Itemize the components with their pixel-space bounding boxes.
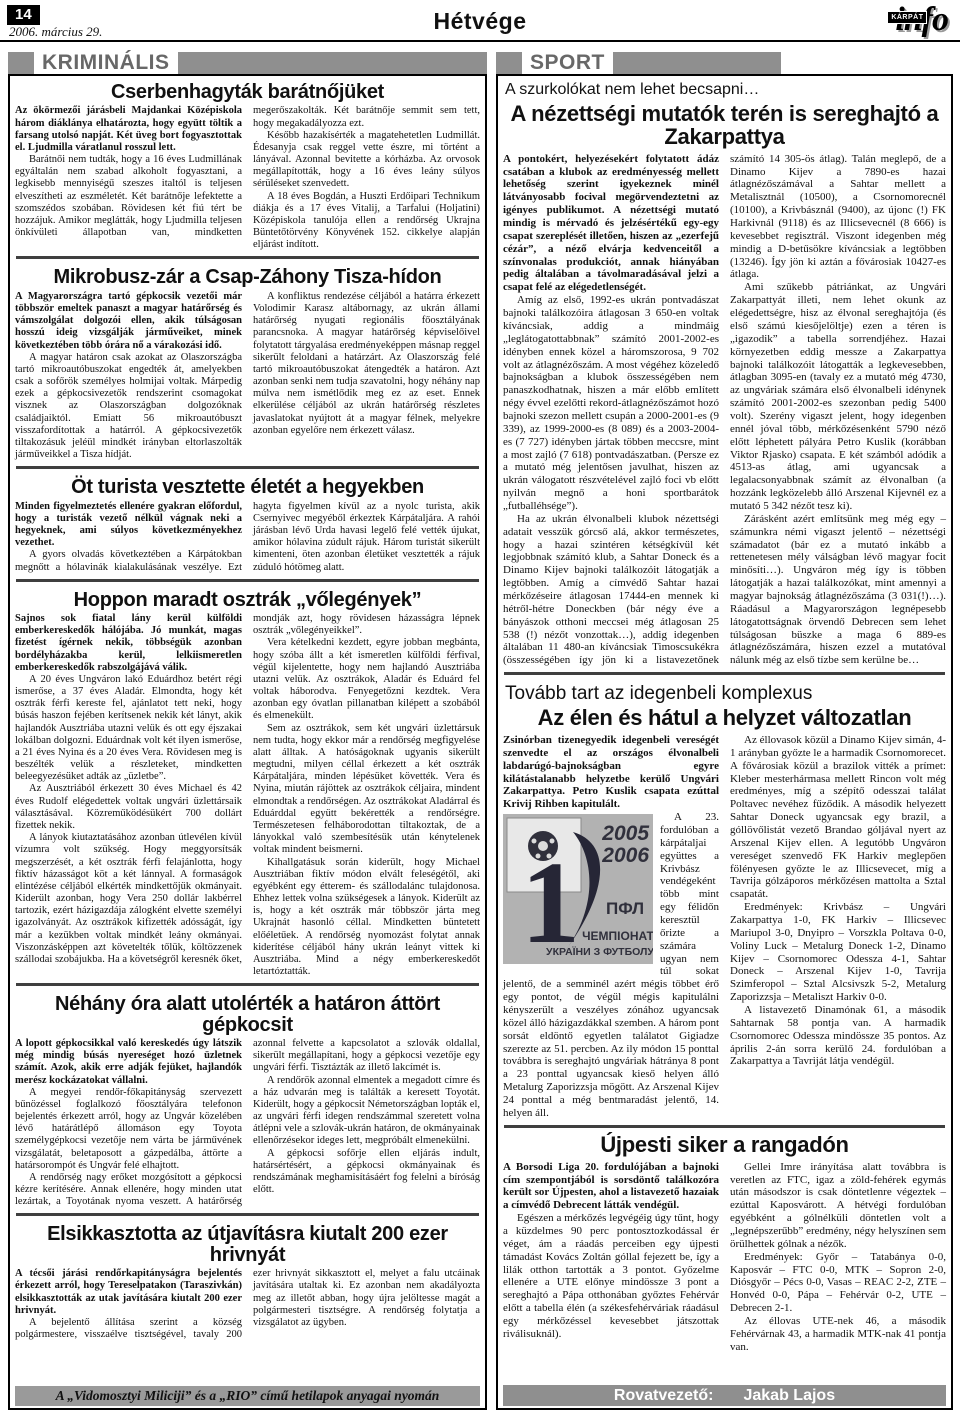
article-paragraph: Ami szűkebb pátriánkat, az Ungvári Zakar… xyxy=(730,281,946,512)
bar-fill xyxy=(178,52,488,74)
article-paragraph: Sem az osztrákok, sem két ungvári üzlett… xyxy=(253,723,480,857)
article-lead: Az ökörmezői járásbeli Majdankai Középis… xyxy=(15,105,242,154)
divider xyxy=(16,579,479,582)
kriminalis-section-label: KRIMINÁLIS xyxy=(34,52,178,74)
article-paragraph: Eredmények: Győr – Tatabánya 0-0, Kaposv… xyxy=(730,1251,946,1315)
article-title: Öt turista vesztette életét a hegyekben xyxy=(15,477,480,497)
kriminalis-source-note: A „Vidomosztyi Miliciji” és a „RIO” című… xyxy=(15,1386,480,1406)
article-title: Hoppon maradt osztrák „vőlegények” xyxy=(15,590,480,610)
article-lead: A lopott gépkocsikkal való kereskedés úg… xyxy=(15,1038,242,1087)
article-title: Mikrobusz-zár a Csap-Záhony Tisza-hídon xyxy=(15,267,480,287)
article-lead: A técsői járási rendőrkapitányságra beje… xyxy=(15,1268,242,1317)
logo-championship-line2: УКРАЇНИ З ФУТБОЛУ xyxy=(546,945,653,958)
logo-big-numeral: 1 xyxy=(521,837,580,964)
editor-label: Rovatvezető: xyxy=(614,1385,714,1406)
article-paragraph: A listavezető Dinamónak 61, a második Sa… xyxy=(730,1004,946,1068)
sport-editor-bar: Rovatvezető: Jakab Lajos xyxy=(503,1385,946,1406)
article-paragraph: Az éllovas UTE-nek 46, a második Fehérvá… xyxy=(730,1315,946,1354)
page-title: Hétvége xyxy=(0,8,960,34)
divider xyxy=(16,983,479,986)
article-body: A Borsodi Liga 20. fordulójában a bajnok… xyxy=(503,1161,946,1354)
article-column: Zsinórban tizenegyedik idegenbeli veresé… xyxy=(503,734,719,1120)
article-paragraph: Zárásként azért említsünk meg még egy – … xyxy=(730,513,946,667)
logo-year-2: 2006 xyxy=(601,844,649,867)
newspaper-page: 14 2006. március 29. Hétvége KÁRPÁT info… xyxy=(0,0,960,1420)
article-column: Gellei Imre irányítása alatt továbbra is… xyxy=(730,1161,946,1354)
article-overline: Tovább tart az idegenbeli komplexus xyxy=(505,683,944,705)
article-lead: Zsinórban tizenegyedik idegenbeli veresé… xyxy=(503,734,719,811)
article-title: Elsikkasztotta az útjavításra kiutalt 20… xyxy=(15,1224,480,1265)
article-paragraph: A megyei rendőr-főkapitányság szervezett… xyxy=(15,1087,242,1172)
bar-segment xyxy=(496,52,522,74)
sport-section-bar: SPORT xyxy=(496,52,953,74)
article-paragraph: Eredmények: Krivbász – Ungvári Zakarpatt… xyxy=(730,901,946,1004)
article-lead: Sajnos sok fiatal lány kerül külföldi em… xyxy=(15,613,242,674)
article-body: A pontokért, helyezésekért folytatott ád… xyxy=(503,153,946,667)
article-lead: A Borsodi Liga 20. fordulójában a bajnok… xyxy=(503,1161,719,1212)
article-paragraph: Az Ausztriából érkezett 30 éves Michael … xyxy=(15,783,242,832)
article-lead: Minden figyelmeztetés ellenére gyakran e… xyxy=(15,501,242,550)
divider xyxy=(504,1125,945,1128)
divider xyxy=(16,466,479,469)
article-body: Sajnos sok fiatal lány kerül külföldi em… xyxy=(15,613,480,978)
logo-championship-line1: ЧЕМПІОНАТ xyxy=(582,929,653,943)
bar-segment xyxy=(8,52,34,74)
article-body: A lopott gépkocsikkal való kereskedés úg… xyxy=(15,1038,480,1208)
championship-logo: 1 2005 2006 ПФЛ ЧЕМПІОНАТ УКРАЇНИ З ФУТБ… xyxy=(503,814,653,964)
section-kriminalis: KRIMINÁLIS Cserbenhagyták barátnőjüket A… xyxy=(8,52,487,1410)
article-title: A nézettségi mutatók terén is sereghajtó… xyxy=(503,103,946,149)
article-body: Minden figyelmeztetés ellenére gyakran e… xyxy=(15,501,480,574)
article-paragraph: Egészen a mérkőzés legvégéig úgy tűnt, h… xyxy=(503,1212,719,1341)
article-paragraph: A gépkocsi sofőrje ellen eljárás indult,… xyxy=(253,1148,480,1197)
article-lead: A Magyarországra tartó gépkocsik vezetői… xyxy=(15,291,242,352)
editor-name: Jakab Lajos xyxy=(743,1385,835,1406)
logo-pfl-text: ПФЛ xyxy=(606,899,644,918)
article-paragraph: Amíg az első, 1992-es ukrán pontvadászat… xyxy=(503,294,719,513)
divider xyxy=(504,672,945,675)
article-body: Az ökörmezői járásbeli Majdankai Középis… xyxy=(15,105,480,251)
article-column: A Borsodi Liga 20. fordulójában a bajnok… xyxy=(503,1161,719,1354)
article-paragraph: Vera kételkedni kezdett, egyre jobban me… xyxy=(253,637,480,722)
sport-box: A szurkolókat nem lehet becsapni… A néze… xyxy=(496,74,953,1410)
article-paragraph: A konfliktus rendezése céljából a határr… xyxy=(253,291,480,437)
kriminalis-section-bar: KRIMINÁLIS xyxy=(8,52,487,74)
article-body: A técsői járási rendőrkapitányságra beje… xyxy=(15,1268,480,1341)
article-paragraph: Gellei Imre irányítása alatt továbbra is… xyxy=(730,1161,946,1251)
divider xyxy=(16,1213,479,1216)
article-title: Cserbenhagyták barátnőjüket xyxy=(15,82,480,102)
article-body: Zsinórban tizenegyedik idegenbeli veresé… xyxy=(503,734,946,1120)
article-paragraph: Később hazakísérték a magatehetetlen Lud… xyxy=(253,130,480,191)
article-title: Néhány óra alatt utolérték a határon átt… xyxy=(15,994,480,1035)
article-kicker: A szurkolókat nem lehet becsapni… xyxy=(505,80,944,99)
brand-logo: KÁRPÁT info xyxy=(895,2,948,38)
article-lead: A pontokért, helyezésekért folytatott ád… xyxy=(503,153,719,294)
page-columns: KRIMINÁLIS Cserbenhagyták barátnőjüket A… xyxy=(0,42,960,1410)
article-body: A Magyarországra tartó gépkocsik vezetői… xyxy=(15,291,480,461)
article-paragraph: A magyar határon csak azokat az Olaszors… xyxy=(15,352,242,462)
sport-section-label: SPORT xyxy=(522,52,613,74)
article-paragraph: A 18 éves Bogdán, a Huszti Erdőipari Tec… xyxy=(253,191,480,252)
article-column: Az éllovasok közül a Dinamo Kijev simán,… xyxy=(730,734,946,1120)
article-paragraph: A 20 éves Ungváron lakó Eduárdhoz betért… xyxy=(15,674,242,784)
article-paragraph: Kihallgatásuk során kiderült, hogy Micha… xyxy=(253,857,480,979)
logo-year-1: 2005 xyxy=(601,822,649,845)
bar-fill xyxy=(613,52,781,74)
masthead: 14 2006. március 29. Hétvége KÁRPÁT info xyxy=(0,0,960,42)
article-title: Az élen és hátul a helyzet változatlan xyxy=(503,707,946,730)
article-paragraph: A rendőrök azonnal elmentek a megadott c… xyxy=(253,1075,480,1148)
karpat-badge: KÁRPÁT xyxy=(887,11,927,24)
kriminalis-box: Cserbenhagyták barátnőjüket Az ökörmezői… xyxy=(8,74,487,1410)
article-title: Újpesti siker a rangadón xyxy=(503,1134,946,1157)
section-sport: SPORT A szurkolókat nem lehet becsapni… … xyxy=(496,52,953,1410)
article-paragraph: Az éllovasok közül a Dinamo Kijev simán,… xyxy=(730,734,946,901)
divider xyxy=(16,256,479,259)
